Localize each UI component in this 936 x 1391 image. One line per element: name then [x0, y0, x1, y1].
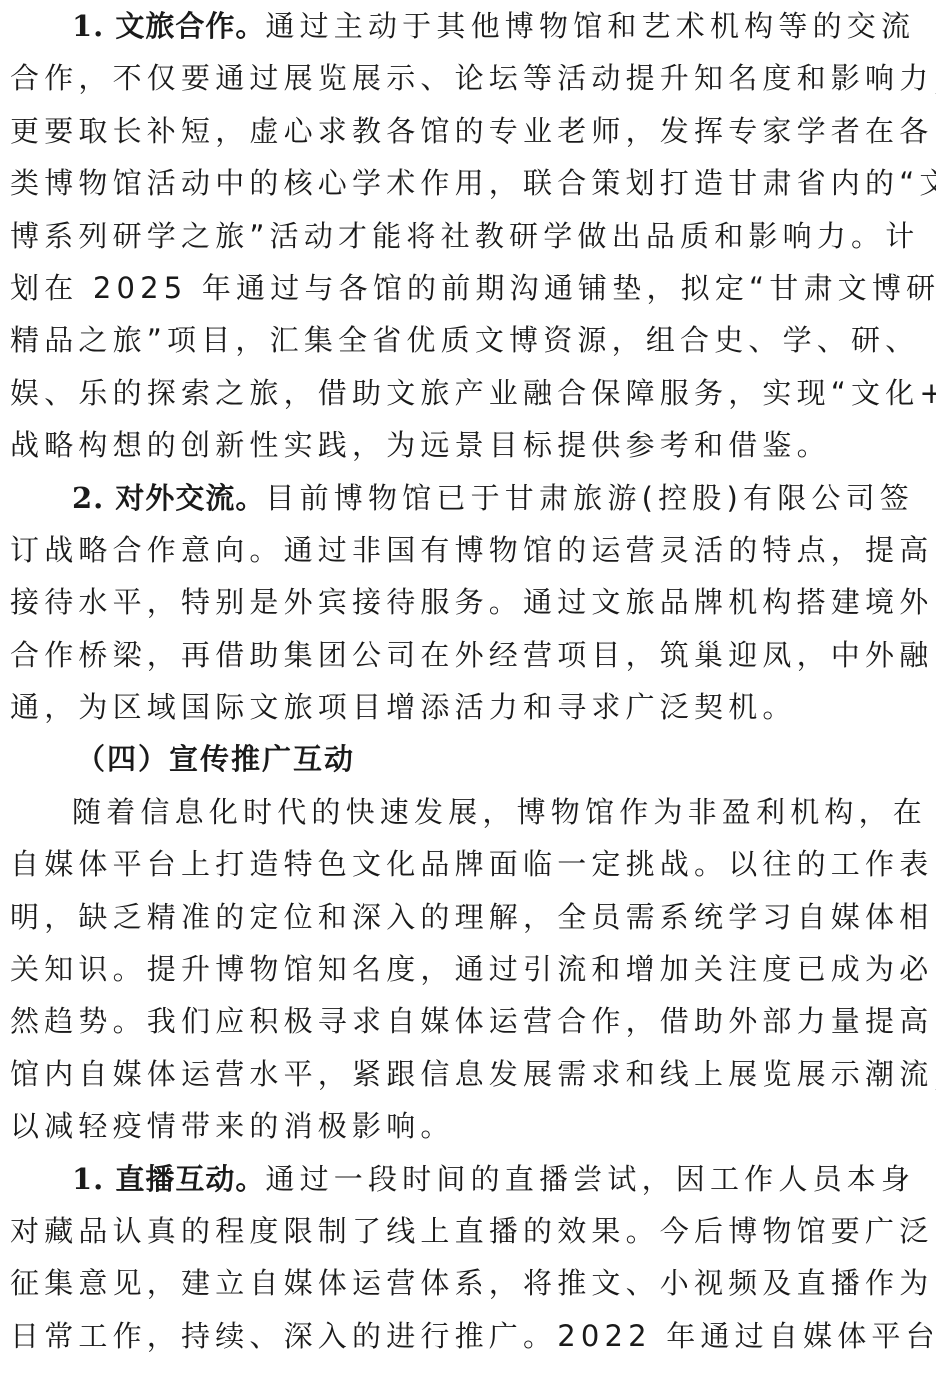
text-line: 合作，不仅要通过展览展示、论坛等活动提升知名度和影响力， [10, 52, 908, 104]
text-line: 对藏品认真的程度限制了线上直播的效果。今后博物馆要广泛 [10, 1205, 908, 1257]
text-line: 以减轻疫情带来的消极影响。 [10, 1100, 908, 1152]
text-line: 征集意见，建立自媒体运营体系，将推文、小视频及直播作为 [10, 1257, 908, 1309]
text-line: 关知识。提升博物馆知名度，通过引流和增加关注度已成为必 [10, 943, 908, 995]
text-line: 订战略合作意向。通过非国有博物馆的运营灵活的特点，提高 [10, 524, 908, 576]
paragraph-cultural-tourism-cooperation: 1. 文旅合作。通过主动于其他博物馆和艺术机构等的交流 合作，不仅要通过展览展示… [10, 0, 908, 472]
text-line: 博系列研学之旅”活动才能将社教研学做出品质和影响力。计 [10, 210, 908, 262]
text-line: 自媒体平台上打造特色文化品牌面临一定挑战。以往的工作表 [10, 838, 908, 890]
text-line: 接待水平，特别是外宾接待服务。通过文旅品牌机构搭建境外 [10, 576, 908, 628]
text-line: 馆内自媒体运营水平，紧跟信息发展需求和线上展览展示潮流， [10, 1048, 908, 1100]
numbered-lead: 1. 直播互动。 [72, 1162, 265, 1196]
text-line: 日常工作，持续、深入的进行推广。2022 年通过自媒体平台实 [10, 1310, 908, 1362]
text-line: 合作桥梁，再借助集团公司在外经营项目，筑巢迎凤，中外融 [10, 629, 908, 681]
text-line: 类博物馆活动中的核心学术作用，联合策划打造甘肃省内的“文 [10, 157, 908, 209]
paragraph-external-exchange: 2. 对外交流。目前博物馆已于甘肃旅游(控股)有限公司签 订战略合作意向。通过非… [10, 472, 908, 734]
numbered-lead: 2. 对外交流。 [72, 481, 265, 515]
numbered-lead: 1. 文旅合作。 [72, 9, 265, 43]
paragraph-live-streaming: 1. 直播互动。通过一段时间的直播尝试，因工作人员本身 对藏品认真的程度限制了线… [10, 1153, 908, 1363]
text-line: 然趋势。我们应积极寻求自媒体运营合作，借助外部力量提高 [10, 995, 908, 1047]
text-line: 更要取长补短，虚心求教各馆的专业老师，发挥专家学者在各 [10, 105, 908, 157]
text-line: 1. 直播互动。通过一段时间的直播尝试，因工作人员本身 [10, 1153, 908, 1205]
text-line: 战略构想的创新性实践，为远景目标提供参考和借鉴。 [10, 419, 908, 471]
section-heading: （四）宣传推广互动 [10, 733, 908, 785]
document-page: 1. 文旅合作。通过主动于其他博物馆和艺术机构等的交流 合作，不仅要通过展览展示… [10, 0, 908, 1362]
text-line: 随着信息化时代的快速发展，博物馆作为非盈利机构，在 [10, 786, 908, 838]
paragraph-promotion: 随着信息化时代的快速发展，博物馆作为非盈利机构，在 自媒体平台上打造特色文化品牌… [10, 786, 908, 1153]
text-line: 2. 对外交流。目前博物馆已于甘肃旅游(控股)有限公司签 [10, 472, 908, 524]
text-line: 明，缺乏精准的定位和深入的理解，全员需系统学习自媒体相 [10, 891, 908, 943]
text-line: 精品之旅”项目，汇集全省优质文博资源，组合史、学、研、 [10, 314, 908, 366]
text-line: 划在 2025 年通过与各馆的前期沟通铺垫，拟定“甘肃文博研学 [10, 262, 908, 314]
text-line: 1. 文旅合作。通过主动于其他博物馆和艺术机构等的交流 [10, 0, 908, 52]
text-line: 娱、乐的探索之旅，借助文旅产业融合保障服务，实现“文化+” [10, 367, 908, 419]
text-line: 通，为区域国际文旅项目增添活力和寻求广泛契机。 [10, 681, 908, 733]
